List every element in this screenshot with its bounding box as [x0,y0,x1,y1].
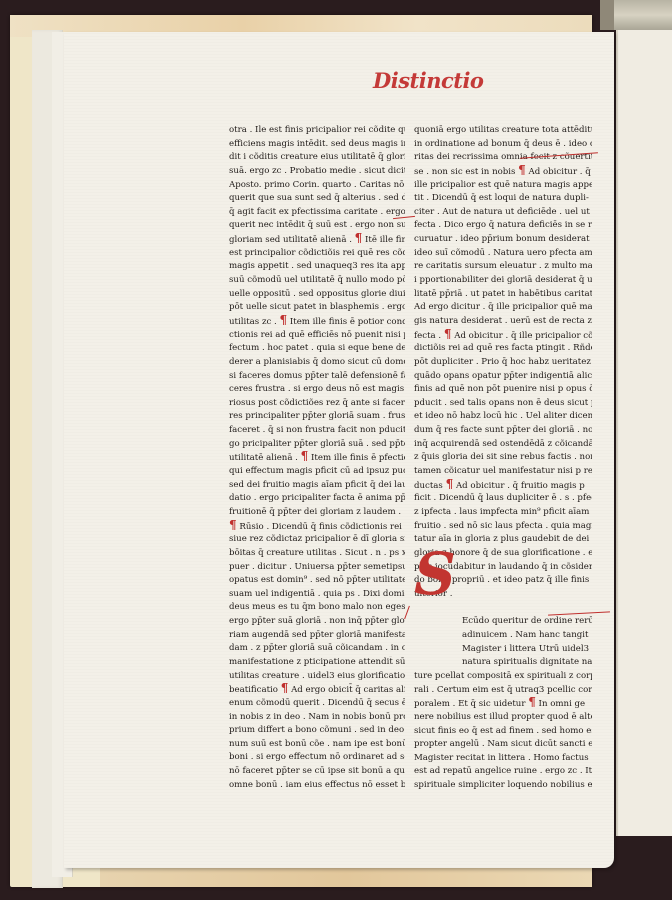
text-line: gis natura desiderat . uerū est de recta… [414,315,592,329]
text-line: ritas dei recrissima omnia fecit z cõuer… [414,151,592,165]
text-line: ¶ Rūsio . Dicendū q̄ finis cõdictionis r… [229,520,405,534]
text-line: fectum . hoc patet . quia si eque bene d… [229,342,405,356]
text-line: Ecūdo queritur de ordine rerū [414,615,592,629]
text-line: Magister i littera Utrū uidel3 [414,643,592,657]
text-line: fecta . Dico ergo q̄ natura deficiēs in … [414,219,592,233]
text-line: tamen cõicatur uel manifestatur nisi p r… [414,465,592,479]
text-line: beatificatio ¶ Ad ergo obicit̄ q̄ carita… [229,683,405,697]
paragraph-mark-icon: ¶ [281,683,289,695]
text-line: magis appetit . sed unaqueq3 res ita app… [229,260,405,274]
text-line: est principalior cõdictiõis rei quē res … [229,247,405,261]
text-line: querit nec intēdit q̄ suū est . ergo non… [229,219,405,233]
text-line: si faceres domus pp̄ter talē defensionē … [229,370,405,384]
text-line: otra . Ile est finis pricipalior rei cõd… [229,124,405,138]
text-line: pōt dupliciter . Prio q̄ hoc habz uerita… [414,356,592,370]
paragraph-mark-icon: ¶ [518,165,526,177]
text-line: sed dei fruitio magis aīam pficit q̄ dei… [229,479,405,493]
text-line: opatus est domin⁹ . sed nō pp̄ter utilit… [229,574,405,588]
text-line: suā. ergo zc . Probatio medie . sicut di… [229,165,405,179]
text-line: propter angelū . Nam sicut dicūt sancti … [414,738,592,752]
text-line: go pricipaliter pp̄ter gloriā suā . sed … [229,438,405,452]
text-line: res principaliter pp̄ter gloriā suam . f… [229,410,405,424]
text-line: prium differt a bono cõmuni . sed in deo… [229,724,405,738]
paragraph-mark-icon: ¶ [355,233,363,245]
text-line: ficit . Dicendū q̄ laus dupliciter ē . s… [414,492,592,506]
text-line: est ad repatū angelice ruine . ergo zc .… [414,765,592,779]
text-line: fecta . ¶ Ad obicitur . q̄ ille pricipal… [414,329,592,343]
text-line: boni . si ergo effectum nō ordinaret ad … [229,751,405,765]
text-line: z ipfecta . laus impfecta min⁹ pficit aī… [414,506,592,520]
text-line: adinuicem . Nam hanc tangit [414,629,592,643]
text-line: utilitas creature . uidel3 eius glorific… [229,670,405,684]
paragraph-mark-icon: ¶ [280,315,288,327]
text-line: rali . Certum eim est q̄ utraq3 pcellic … [414,684,592,698]
text-line: poralem . Et q̄ sic uidetur ¶ In omni ge [414,697,592,711]
text-line: nere nobilius est illud propter quod ē a… [414,711,592,725]
right-column-text-before-initial: quoniā ergo utilitas creature tota attēd… [414,124,592,601]
text-line: enum cõmodū querit . Dicendū q̄ secus ē [229,697,405,711]
text-line: bōitas q̄ creature utilitas . Sicut . n … [229,547,405,561]
text-line: efficiens magis intēdit. sed deus magis … [229,138,405,152]
text-line: riosus post cõdictiões rez q̄ ante si fa… [229,397,405,411]
text-line: Aposto. primo Corin. quarto . Caritas nō [229,179,405,193]
text-line: quādo opans opatur pp̄ter indigentiā ali… [414,370,592,384]
right-column-text-after-initial: ture pcellat compositā ex spirituali z c… [414,670,592,793]
text-line: suam uel indigentiā . quia ps . Dixi dom… [229,588,405,602]
text-line: datio . ergo pricipaliter facta ē anima … [229,492,405,506]
text-line: se . non sic est in nobis ¶ Ad obicitur … [414,165,592,179]
text-line: pōt uelle sicut patet in blasphemis . er… [229,301,405,315]
text-line: inq̄ acquirendā sed ostendēdā z cõicandā… [414,438,592,452]
text-line: q̄ agit facit ex pfectissima caritate . … [229,206,405,220]
text-line: ctionis rei ad quē efficiēs nō puenit ni… [229,329,405,343]
text-line: fruitio . sed nō sic laus pfecta . quia … [414,520,592,534]
text-line: suū cõmodū uel utilitatē q̄ nullo modo p… [229,274,405,288]
text-line: z q̄uis gloria dei sit sine rebus factis… [414,451,592,465]
text-line: spirituale simpliciter loquendo nobilius… [414,779,592,793]
right-column: quoniā ergo utilitas creature tota attēd… [414,124,592,793]
paragraph-mark-icon: ¶ [444,329,452,341]
running-head: Distinctio [373,68,483,93]
paragraph-mark-icon: ¶ [229,520,237,532]
left-column: otra . Ile est finis pricipalior rei cõd… [229,124,405,792]
text-line: uelle oppositū . sed oppositus glorie di… [229,288,405,302]
text-line: deus meus es tu q̄m bono malo non eges . [229,601,405,615]
text-line: finis ad quē non pōt puenire nisi p opus… [414,383,592,397]
text-line: ceres frustra . si ergo deus nō est magi… [229,383,405,397]
text-line: in nobis z in deo . Nam in nobis bonū pr… [229,711,405,725]
text-line: ideo suī cõmodū . Natura uero pfecta amo [414,247,592,261]
text-line: dam . z pp̄ter gloriā suā cõicandam . in… [229,642,405,656]
text-line: querit que sua sunt sed q̄ alterius . se… [229,192,405,206]
text-line: gloriam sed utilitatē alienā . ¶ Itē ill… [229,233,405,247]
text-line: natura spiritualis dignitate na- [414,656,592,670]
text-line: Magister recitat in littera . Homo factu… [414,752,592,766]
right-column-text-beside-initial: Ecūdo queritur de ordine rerūadinuicem .… [414,615,592,670]
text-line: ductas ¶ Ad obicitur . q̄ fruitio magis … [414,479,592,493]
text-line: utilitatē alienā . ¶ Item ille finis ē p… [229,451,405,465]
text-line: citer . Aut de natura ut deficiēde . uel… [414,206,592,220]
decorated-initial-letter: S [414,545,460,605]
text-line: nō faceret pp̄ter se cū ipse sit bonū a … [229,765,405,779]
text-line: et ideo nō habz locū hic . Uel aliter di… [414,410,592,424]
text-line: dit i cõditis creature eius utilitatē q̄… [229,151,405,165]
text-line: derer a planisiabis q̄ domo sicut cū dom… [229,356,405,370]
text-line: in ordinatione ad bonum q̄ deus ē . ideo… [414,138,592,152]
text-line: omne bonū . iam eius effectus nō esset b… [229,779,405,793]
paragraph-mark-icon: ¶ [528,697,536,709]
text-line: ergo pp̄ter suā gloriā . non inq̄ pp̄ter… [229,615,405,629]
text-line: faceret . q̄ si non frustra facit non pd… [229,424,405,438]
text-line: pducit . sed talis opans non ē deus sicu… [414,397,592,411]
text-line: dictiõis rei ad quē res facta ptingit . … [414,342,592,356]
text-line: riam augendā sed pp̄ter gloriā manifesta… [229,629,405,643]
text-line: dum q̄ res facte sunt pp̄ter dei gloriā … [414,424,592,438]
text-line: num suū est bonū cõe . nam ipe est bonū … [229,738,405,752]
text-line: qui effectum magis pficit cū ad ipsuz pu… [229,465,405,479]
text-line: siue rez cõdictaz pricipalior ē dī glori… [229,533,405,547]
book-clasp [600,0,672,30]
text-line: tit . Dicendū q̄ est loqui de natura dup… [414,192,592,206]
text-line: manifestatione z pticipatione attendit̄ … [229,656,405,670]
text-line: sicut finis eo q̄ est ad finem . sed hom… [414,725,592,739]
text-line: ille pricipalior est quē natura magis ap… [414,179,592,193]
text-line: puer . dicitur . Uniuersa pp̄ter semetip… [229,561,405,575]
text-line: curuatur . ideo pp̄rium bonum desiderat … [414,233,592,247]
text-line: utilitas zc . ¶ Item ille finis ē potior… [229,315,405,329]
text-line: re caritatis sursum eleuatur . z multo m… [414,260,592,274]
text-line: quoniā ergo utilitas creature tota attēd… [414,124,592,138]
text-line: ture pcellat compositā ex spirituali z c… [414,670,592,684]
text-line: Ad ergo dicitur . q̄ ille pricipalior qu… [414,301,592,315]
text-line: litatē pp̄riā . ut patet in habētibus ca… [414,288,592,302]
text-line: i pportionabiliter dei gloriā desiderat … [414,274,592,288]
paragraph-mark-icon: ¶ [301,451,309,463]
paragraph-mark-icon: ¶ [446,479,454,491]
text-line: fruitionē q̄ pp̄ter dei gloriam z laudem… [229,506,405,520]
adjacent-page-edge [616,30,672,836]
